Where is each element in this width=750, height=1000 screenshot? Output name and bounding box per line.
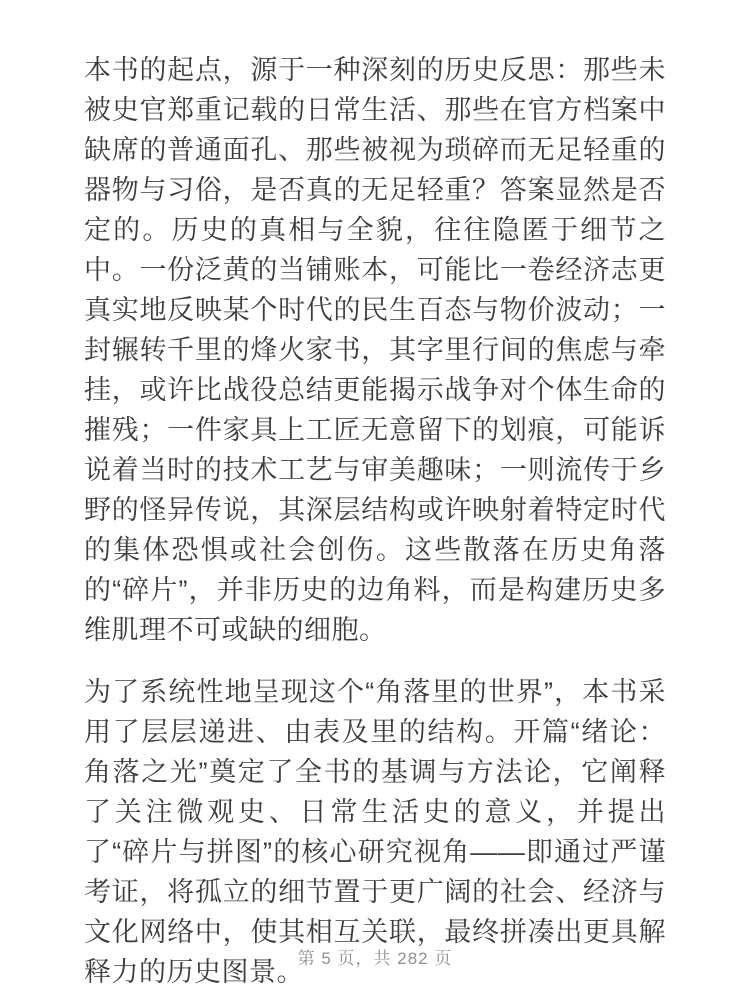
document-page: 本书的起点，源于一种深刻的历史反思：那些未被史官郑重记载的日常生活、那些在官方档…	[0, 0, 750, 1000]
paragraph-book-structure: 为了系统性地呈现这个“角落里的世界”，本书采用了层层递进、由表及里的结构。开篇“…	[84, 672, 666, 992]
page-number-indicator: 第 5 页，共 282 页	[0, 948, 750, 970]
paragraph-historical-reflection: 本书的起点，源于一种深刻的历史反思：那些未被史官郑重记载的日常生活、那些在官方档…	[84, 50, 666, 650]
